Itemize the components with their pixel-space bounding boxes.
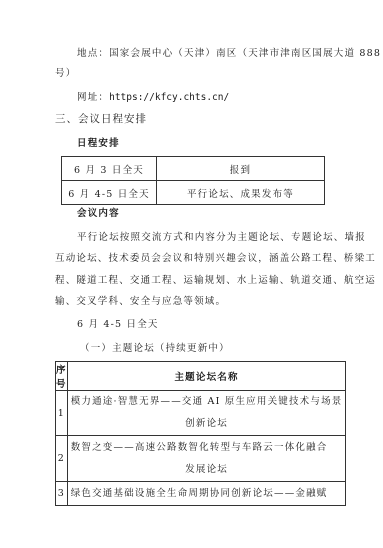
- forum-name: 绿色交通基础设施全生命周期协同创新论坛——金融赋: [67, 482, 346, 506]
- forum-name-line: 创新论坛: [71, 413, 343, 435]
- website-label: 网址：: [77, 92, 109, 103]
- table-row: 1 模力通途·智慧无界——交通 AI 原生应用关键技术与场景 创新论坛: [56, 391, 346, 436]
- forum-name-line: 绿色交通基础设施全生命周期协同创新论坛——金融赋: [71, 483, 343, 505]
- row-number: 3: [56, 482, 68, 506]
- table-row: 6 月 3 日全天 报到: [62, 157, 325, 181]
- table-row: 2 数智之变——高速公路数智化转型与车路云一体化融合 发展论坛: [56, 436, 346, 482]
- table-header-row: 序号 主题论坛名称: [56, 362, 346, 391]
- schedule-date: 6 月 4-5 日全天: [62, 181, 157, 205]
- schedule-date: 6 月 3 日全天: [62, 157, 157, 181]
- row-number: 2: [56, 436, 68, 482]
- schedule-event: 报到: [157, 157, 325, 181]
- content-title: 会议内容: [77, 208, 120, 220]
- document-page: 地点：国家会展中心（天津）南区（天津市津南区国展大道 888 号） 网址：htt…: [0, 0, 383, 548]
- subsection-title: （一）主题论坛（持续更新中）: [80, 343, 230, 355]
- content-paragraph-line: 平行论坛按照交流方式和内容分为主题论坛、专题论坛、墙报: [77, 232, 366, 244]
- column-header-number: 序号: [56, 362, 68, 391]
- venue-line-2: 号）: [55, 68, 76, 80]
- row-number: 1: [56, 391, 68, 436]
- content-paragraph-line: 程、隧道工程、交通工程、运输规划、水上运输、轨道交通、航空运: [55, 275, 376, 287]
- forum-name-line: 发展论坛: [71, 459, 343, 481]
- content-paragraph-line: 输、交叉学科、安全与应急等领域。: [55, 296, 226, 308]
- schedule-event: 平行论坛、成果发布等: [157, 181, 325, 205]
- venue-line-1: 地点：国家会展中心（天津）南区（天津市津南区国展大道 888: [77, 48, 381, 60]
- website-link[interactable]: https://kfcy.chts.cn/: [109, 92, 229, 103]
- forum-name-line: 模力通途·智慧无界——交通 AI 原生应用关键技术与场景: [71, 391, 343, 413]
- forum-table: 序号 主题论坛名称 1 模力通途·智慧无界——交通 AI 原生应用关键技术与场景…: [55, 361, 346, 506]
- content-paragraph-line: 互动论坛、技术委员会会议和特别兴趣会议，涵盖公路工程、桥梁工: [55, 253, 376, 265]
- date-line: 6 月 4-5 日全天: [77, 319, 159, 331]
- table-row: 6 月 4-5 日全天 平行论坛、成果发布等: [62, 181, 325, 205]
- forum-name: 数智之变——高速公路数智化转型与车路云一体化融合 发展论坛: [67, 436, 346, 482]
- website-line: 网址：https://kfcy.chts.cn/: [77, 92, 229, 104]
- forum-name: 模力通途·智慧无界——交通 AI 原生应用关键技术与场景 创新论坛: [67, 391, 346, 436]
- forum-name-line: 数智之变——高速公路数智化转型与车路云一体化融合: [71, 437, 343, 459]
- schedule-table: 6 月 3 日全天 报到 6 月 4-5 日全天 平行论坛、成果发布等: [61, 156, 325, 205]
- section-heading: 三、会议日程安排: [55, 113, 147, 125]
- column-header-name: 主题论坛名称: [67, 362, 346, 391]
- table-row: 3 绿色交通基础设施全生命周期协同创新论坛——金融赋: [56, 482, 346, 506]
- schedule-title: 日程安排: [77, 138, 120, 150]
